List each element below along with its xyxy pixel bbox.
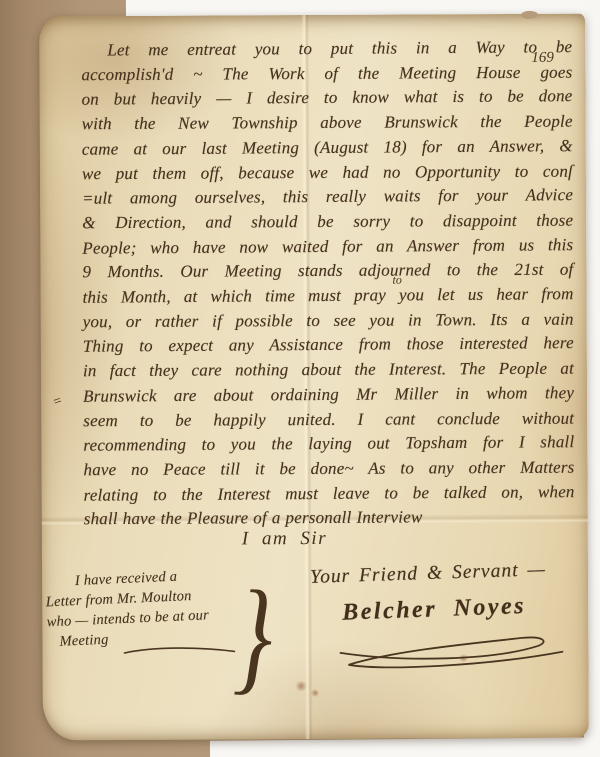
body-line: =ult among ourselves, this really waits … — [82, 183, 573, 211]
body-line: People; who have now waited for an Answe… — [82, 233, 573, 261]
caret-inserted-word: to — [392, 273, 401, 288]
body-line: 9 Months. Our Meeting stands adjourned t… — [82, 258, 573, 285]
body-line: with the New Township above Brunswick th… — [82, 110, 573, 137]
body-line: in fact they care nothing about the Inte… — [83, 357, 574, 384]
body-line: Let me entreat you to put this in a Way … — [81, 35, 572, 63]
body-line: came at our last Meeting (August 18) for… — [82, 134, 573, 162]
signature: Belcher Noyes — [342, 593, 527, 627]
body-line: accomplish'd ~ The Work of the Meeting H… — [81, 60, 572, 87]
postscript-flourish — [122, 643, 238, 658]
letter-body: Let me entreat you to put this in a Way … — [81, 36, 575, 533]
body-line: Brunswick are about ordaining Mr Miller … — [83, 381, 574, 409]
body-line: recommending to you the laying out Topsh… — [83, 430, 574, 458]
paper-stain — [311, 689, 320, 697]
body-line: we put them off, because we had no Oppor… — [82, 159, 573, 186]
document-scan: 169 Let me entreat you to put this in a … — [0, 0, 600, 757]
body-line: seem to be happily united. I cant conclu… — [83, 406, 574, 433]
body-line: & Direction, and should be sorry to disa… — [82, 209, 573, 236]
backing-sheet-bottom — [210, 737, 600, 757]
body-line: Thing to expect any Assistance from thos… — [83, 332, 574, 360]
body-line: have no Peace till it be done~ As to any… — [83, 456, 574, 483]
body-line: on but heavily — I desire to know what i… — [81, 85, 572, 113]
letter-paper: 169 Let me entreat you to put this in a … — [39, 14, 589, 741]
signature-flourish — [334, 626, 574, 675]
postscript-brace: } — [232, 554, 280, 716]
closing-salutation: I am Sir — [242, 528, 327, 550]
body-line: this Month, at which time must pray you … — [82, 282, 573, 310]
paper-stain — [295, 681, 308, 691]
body-line: shall have the Pleasure of a personall I… — [84, 505, 575, 532]
margin-mark: = — [51, 393, 65, 411]
body-line: relating to the Interest must leave to b… — [84, 480, 575, 508]
body-line: you, or rather if possible to see you in… — [83, 307, 574, 334]
closing-valediction: Your Friend & Servant — — [310, 558, 591, 589]
postscript-block: I have received aLetter from Mr. Moulton… — [45, 563, 254, 652]
paper-edge-notch — [521, 11, 538, 19]
